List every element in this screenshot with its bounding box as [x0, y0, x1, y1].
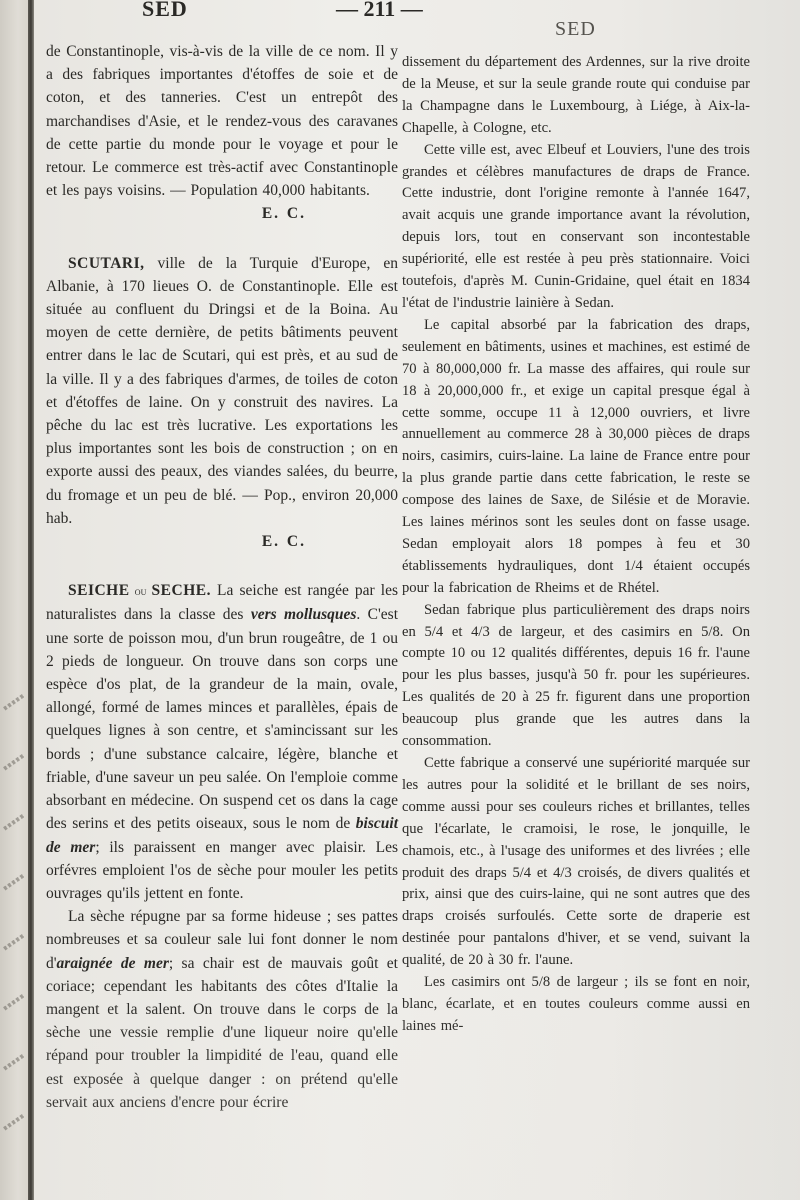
- page-number: — 211 —: [336, 0, 423, 22]
- bleed-through-text: [3, 1053, 25, 1070]
- bleed-through-text: [3, 813, 25, 830]
- right-column: dissement du département des Ardennes, s…: [402, 52, 750, 1038]
- entry-scutari: SCUTARI, ville de la Turquie d'Europe, e…: [46, 252, 398, 554]
- author-signature: E. C.: [46, 530, 398, 553]
- entry-text: . C'est une sorte de poisson mou, d'un b…: [46, 606, 398, 832]
- left-column: de Constantinople, vis-à-vis de la ville…: [46, 40, 398, 1114]
- bleed-through-text: [3, 933, 25, 950]
- previous-page-edge: [0, 0, 30, 1200]
- running-head-right: SED: [555, 18, 596, 41]
- body-paragraph: Sedan fabrique plus particulièrement des…: [402, 600, 750, 753]
- bleed-through-text: [3, 993, 25, 1010]
- author-signature: E. C.: [46, 202, 398, 225]
- entry-paragraph: La sèche répugne par sa forme hideuse ; …: [46, 905, 398, 1114]
- running-head-left: SED: [142, 0, 188, 22]
- entry-text: ville de la Turquie d'Europe, en Albanie…: [46, 255, 398, 527]
- entry-body: SCUTARI, ville de la Turquie d'Europe, e…: [46, 252, 398, 530]
- bleed-through-text: [3, 1113, 25, 1130]
- body-paragraph: Cette fabrique a conservé une supériorit…: [402, 753, 750, 972]
- entry-body: SEICHE ou SECHE. La seiche est rangée pa…: [46, 579, 398, 905]
- running-head: SED — 211 — SED: [34, 0, 800, 40]
- bleed-through-text: [3, 693, 25, 710]
- book-page: SED — 211 — SED de Constantinople, vis-à…: [34, 0, 800, 1200]
- entry-text: ; ils paraissent en manger avec plaisir.…: [46, 839, 398, 902]
- entry-headword-alt: SECHE.: [152, 582, 211, 599]
- headword-connector: ou: [130, 584, 152, 598]
- entry-seiche: SEICHE ou SECHE. La seiche est rangée pa…: [46, 579, 398, 1114]
- entry-text: ; sa chair est de mauvais goût et coriac…: [46, 955, 398, 1111]
- italic-term: araignée de mer: [57, 955, 169, 972]
- italic-term: vers mollusques: [251, 606, 357, 623]
- bleed-through-text: [3, 873, 25, 890]
- continuation-paragraph: dissement du département des Ardennes, s…: [402, 52, 750, 140]
- body-paragraph: Le capital absorbé par la fabrication de…: [402, 315, 750, 600]
- bleed-through-text: [3, 753, 25, 770]
- entry-headword: SCUTARI,: [68, 255, 145, 272]
- entry-headword: SEICHE: [68, 582, 130, 599]
- body-paragraph: Cette ville est, avec Elbeuf et Louviers…: [402, 140, 750, 315]
- body-paragraph: Les casimirs ont 5/8 de largeur ; ils se…: [402, 972, 750, 1038]
- continuation-paragraph: de Constantinople, vis-à-vis de la ville…: [46, 40, 398, 202]
